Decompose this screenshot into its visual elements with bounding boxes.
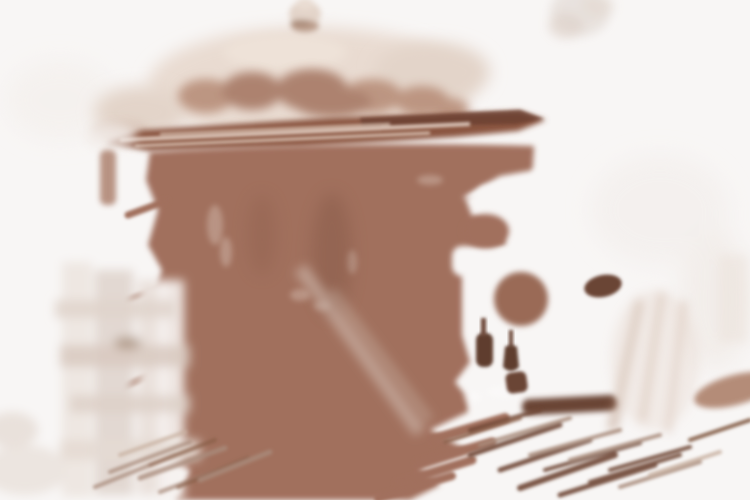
fence-dark-dot <box>114 337 142 349</box>
finial <box>289 0 321 32</box>
artwork-canvas <box>0 0 750 500</box>
sepia-scene-svg <box>0 0 750 500</box>
tassel <box>503 345 519 371</box>
bell-shape <box>494 272 548 326</box>
small-block <box>505 371 529 395</box>
left-strip <box>100 150 116 205</box>
pendant-bar <box>476 333 493 367</box>
